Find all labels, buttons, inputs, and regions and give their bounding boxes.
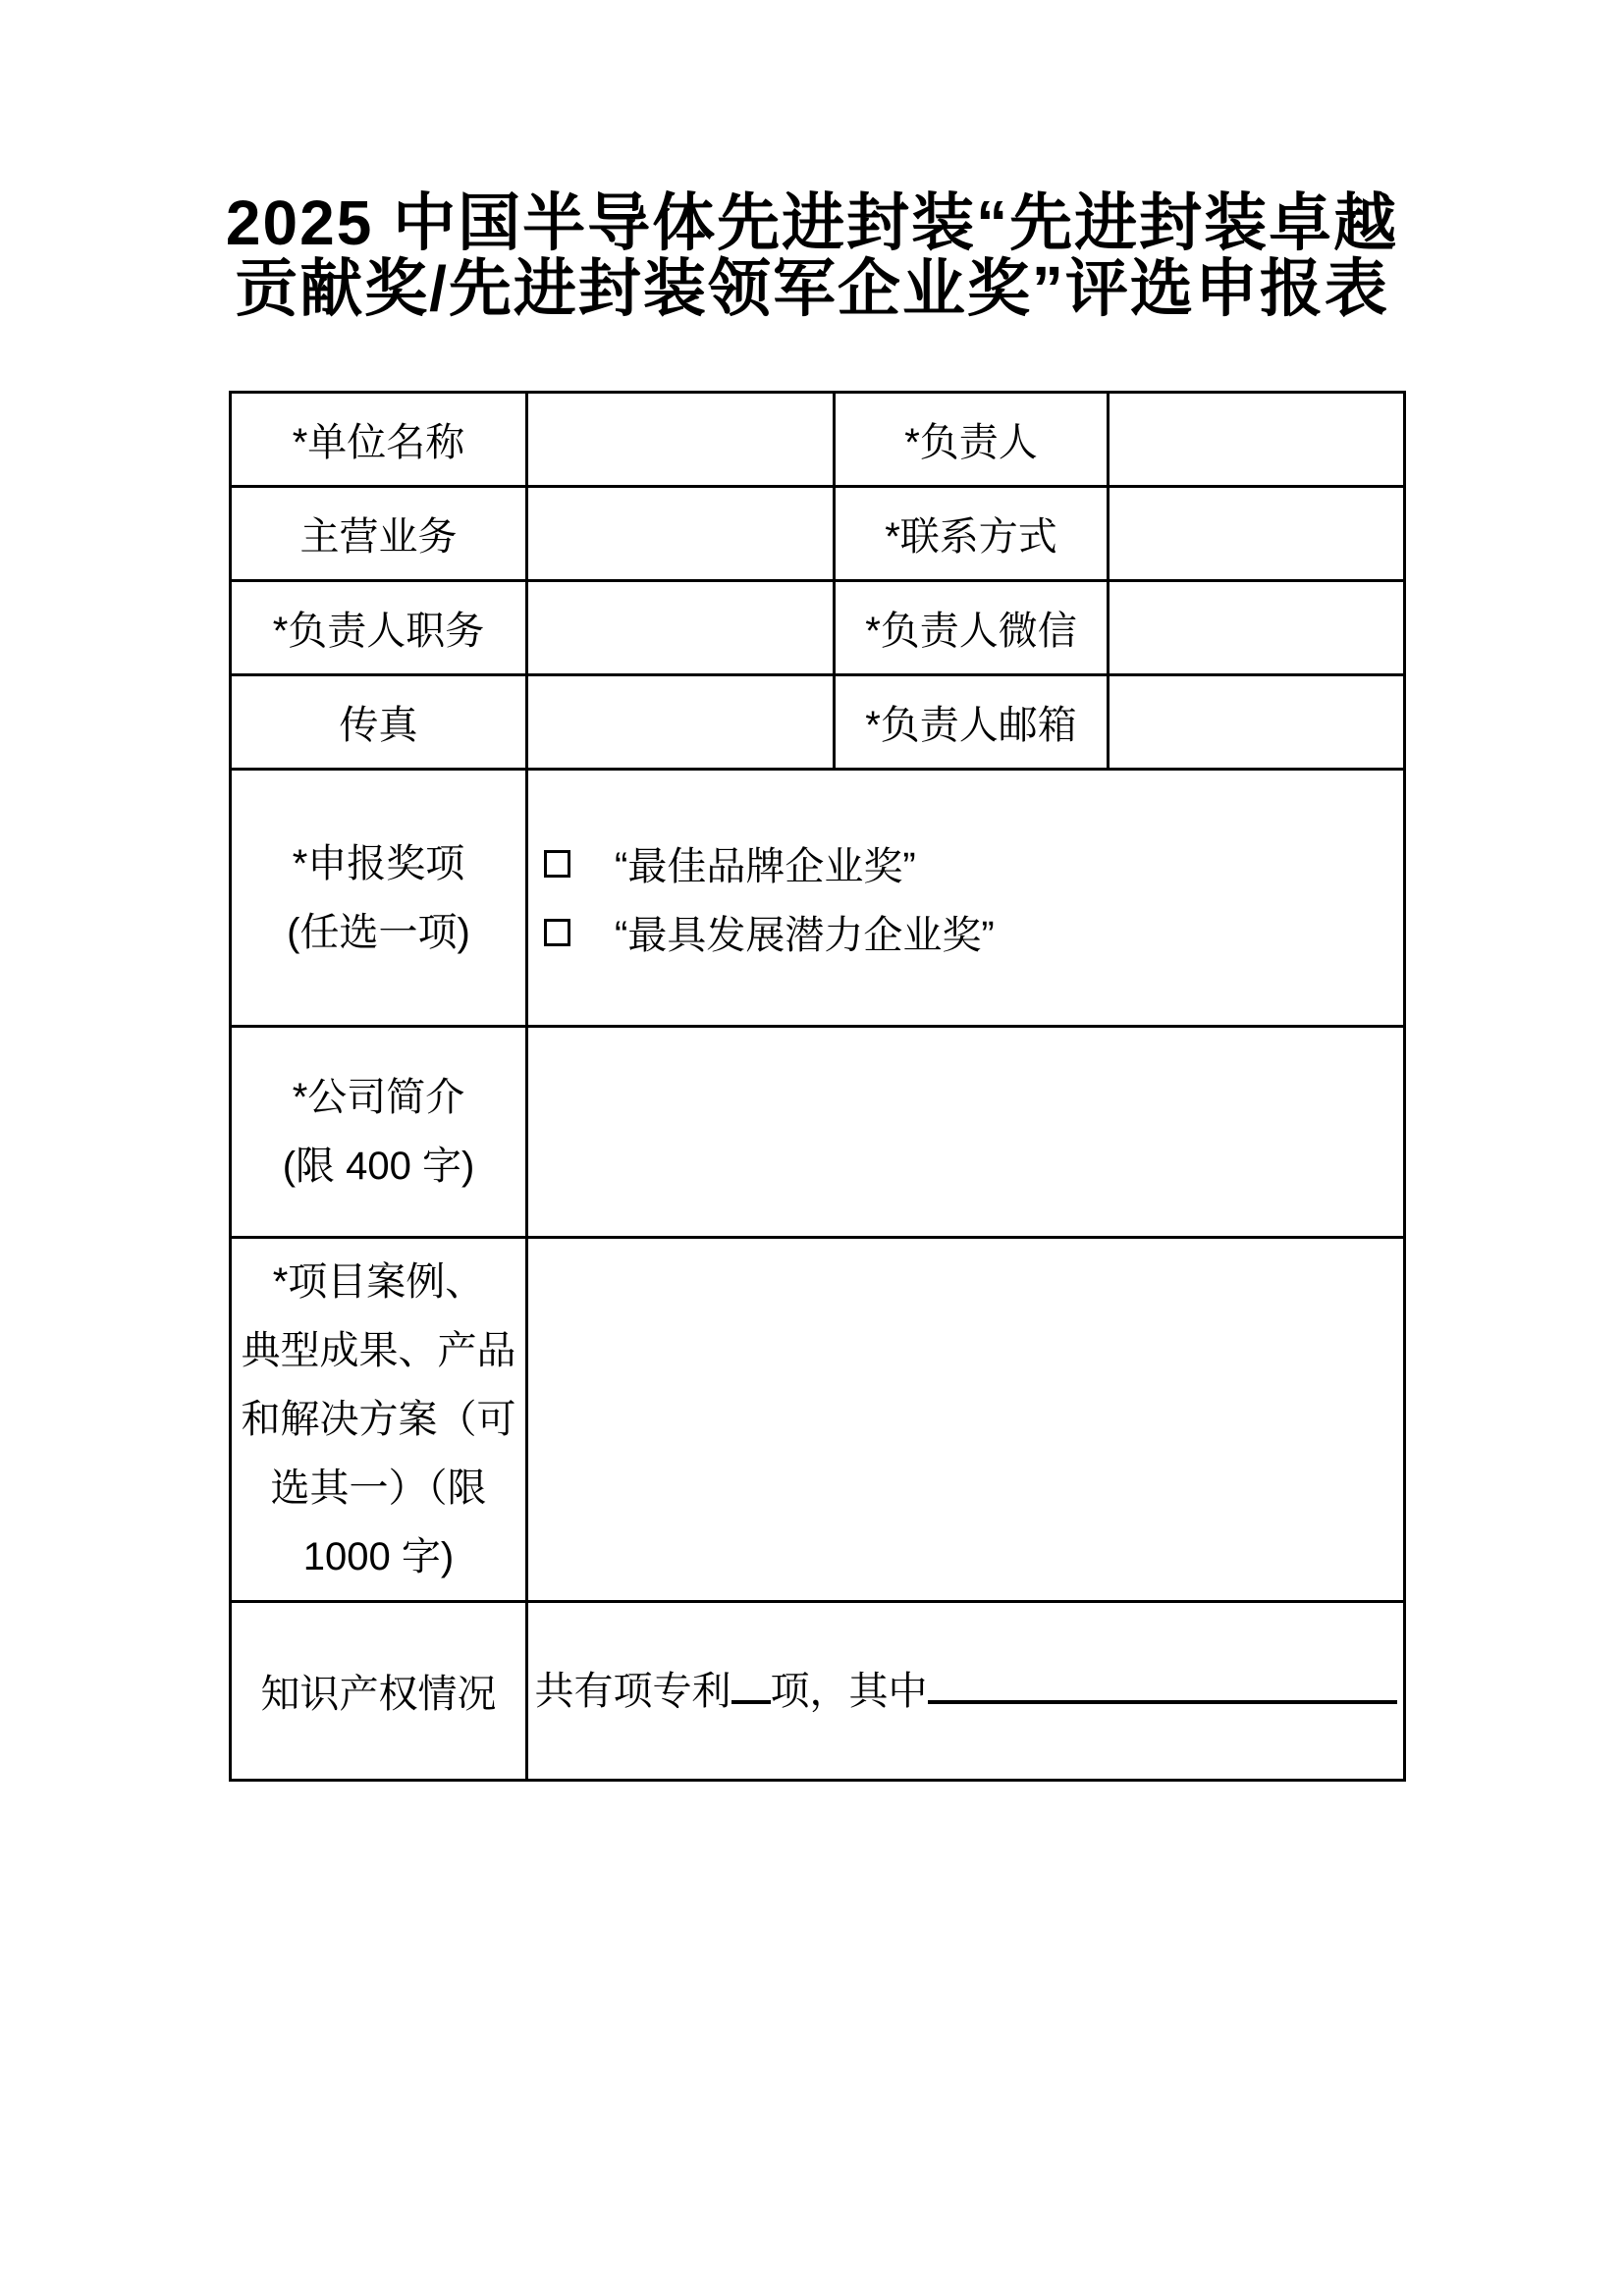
- checkbox-unchecked-icon[interactable]: [544, 850, 570, 878]
- table-row-position: *负责人职务 *负责人微信: [231, 581, 1405, 675]
- email-field[interactable]: [1109, 675, 1405, 770]
- fax-label: 传真: [231, 675, 527, 770]
- position-label: *负责人职务: [231, 581, 527, 675]
- contact-field[interactable]: [1109, 487, 1405, 581]
- person-in-charge-field[interactable]: [1109, 393, 1405, 487]
- award-options: “最佳品牌企业奖” “最具发展潜力企业奖”: [528, 829, 1403, 967]
- award-label: *申报奖项 (任选一项): [231, 770, 527, 1027]
- company-profile-field[interactable]: [527, 1027, 1405, 1238]
- award-option-best-brand[interactable]: “最佳品牌企业奖”: [544, 829, 916, 898]
- main-business-label: 主营业务: [231, 487, 527, 581]
- fax-field[interactable]: [527, 675, 835, 770]
- page-title: 2025 中国半导体先进封装“先进封装卓越 贡献奖/先进封装领军企业奖”评选申报…: [0, 190, 1624, 322]
- ip-label: 知识产权情况: [231, 1602, 527, 1781]
- table-row-fax: 传真 *负责人邮箱: [231, 675, 1405, 770]
- position-field[interactable]: [527, 581, 835, 675]
- ip-text-prefix: 共有项专利: [535, 1670, 731, 1713]
- table-row-company-profile: *公司简介 (限 400 字): [231, 1027, 1405, 1238]
- table-row-project-case: *项目案例、 典型成果、产品 和解决方案（可 选其一）（限 1000 字): [231, 1238, 1405, 1602]
- award-option-label: “最具发展潜力企业奖”: [615, 904, 995, 960]
- award-options-cell: “最佳品牌企业奖” “最具发展潜力企业奖”: [527, 770, 1405, 1027]
- person-in-charge-label: *负责人: [835, 393, 1109, 487]
- table-row-intellectual-property: 知识产权情况 共有项专利项，其中: [231, 1602, 1405, 1781]
- unit-name-label: *单位名称: [231, 393, 527, 487]
- project-case-field[interactable]: [527, 1238, 1405, 1602]
- contact-label: *联系方式: [835, 487, 1109, 581]
- company-profile-label: *公司简介 (限 400 字): [231, 1027, 527, 1238]
- project-case-label: *项目案例、 典型成果、产品 和解决方案（可 选其一）（限 1000 字): [231, 1238, 527, 1602]
- unit-name-field[interactable]: [527, 393, 835, 487]
- ip-content-cell[interactable]: 共有项专利项，其中: [527, 1602, 1405, 1781]
- wechat-label: *负责人微信: [835, 581, 1109, 675]
- wechat-field[interactable]: [1109, 581, 1405, 675]
- ip-text-middle: 项，其中: [771, 1670, 928, 1713]
- checkbox-unchecked-icon[interactable]: [544, 919, 570, 946]
- document-page: 2025 中国半导体先进封装“先进封装卓越 贡献奖/先进封装领军企业奖”评选申报…: [0, 0, 1624, 2296]
- table-row-unit-name: *单位名称 *负责人: [231, 393, 1405, 487]
- application-form-table: *单位名称 *负责人 主营业务 *联系方式 *负责人职务 *负责人微信 传真 *…: [229, 391, 1406, 1782]
- table-row-main-business: 主营业务 *联系方式: [231, 487, 1405, 581]
- patent-detail-blank[interactable]: [928, 1688, 1397, 1704]
- email-label: *负责人邮箱: [835, 675, 1109, 770]
- patent-count-blank[interactable]: [731, 1688, 771, 1704]
- main-business-field[interactable]: [527, 487, 835, 581]
- table-row-award: *申报奖项 (任选一项) “最佳品牌企业奖” “最具发展潜力企业奖”: [231, 770, 1405, 1027]
- award-option-best-potential[interactable]: “最具发展潜力企业奖”: [544, 898, 995, 967]
- award-option-label: “最佳品牌企业奖”: [615, 835, 916, 891]
